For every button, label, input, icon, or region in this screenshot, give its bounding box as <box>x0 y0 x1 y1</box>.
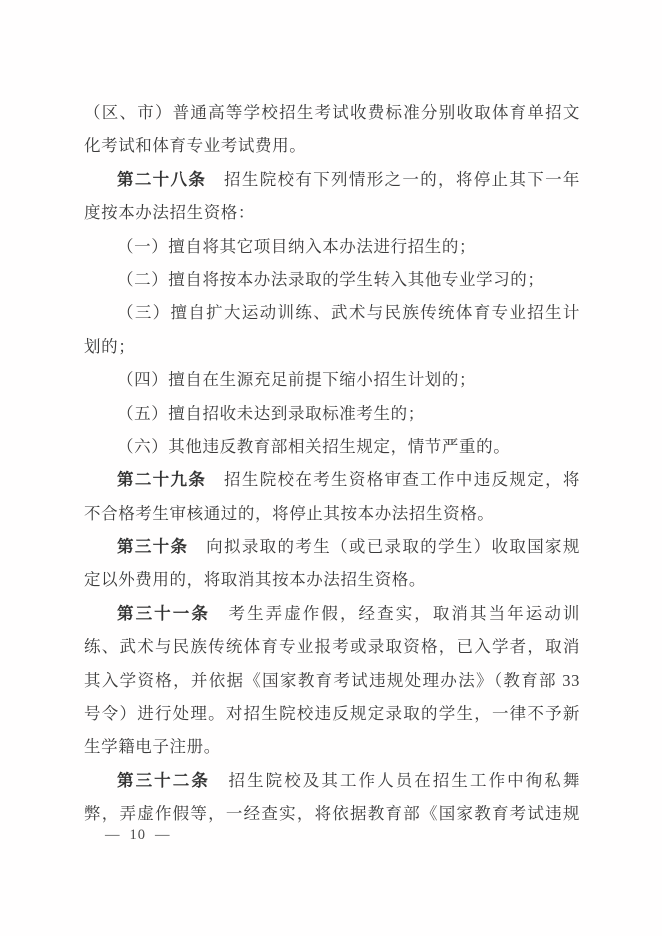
page-number-left-dash: — <box>105 827 121 843</box>
text-line: （区、市）普通高等学校招生考试收费标准分别收取体育单招文 <box>84 96 580 129</box>
line-text: 向拟录取的考生（或已录取的学生）收取国家规 <box>188 537 580 556</box>
article-term: 第三十二条 <box>117 771 210 790</box>
text-line: 练、武术与民族传统体育专业报考或录取资格，已入学者，取消 <box>84 630 580 663</box>
text-line: 第二十九条 招生院校在考生资格审查工作中违反规定，将 <box>84 463 580 496</box>
text-line: （二）擅自将按本办法录取的学生转入其他专业学习的； <box>84 263 580 296</box>
text-line: 第三十一条 考生弄虚作假，经查实，取消其当年运动训 <box>84 597 580 630</box>
text-line: （六）其他违反教育部相关招生规定，情节严重的。 <box>84 430 580 463</box>
line-text: 划的； <box>84 337 135 356</box>
text-line: 度按本办法招生资格： <box>84 196 580 229</box>
line-text: 度按本办法招生资格： <box>84 203 255 222</box>
line-text: 招生院校在考生资格审查工作中违反规定，将 <box>206 470 580 489</box>
line-text: 其入学资格，并依据《国家教育考试违规处理办法》（教育部 33 <box>84 671 580 690</box>
text-line: （一）擅自将其它项目纳入本办法进行招生的； <box>84 230 580 263</box>
line-text: 招生院校及其工作人员在招生工作中徇私舞 <box>210 771 580 790</box>
text-line: 第二十八条 招生院校有下列情形之一的，将停止其下一年 <box>84 163 580 196</box>
article-term: 第二十八条 <box>117 170 206 189</box>
text-line: （四）擅自在生源充足前提下缩小招生计划的； <box>84 363 580 396</box>
text-line: 第三十二条 招生院校及其工作人员在招生工作中徇私舞 <box>84 764 580 797</box>
line-text: 考生弄虚作假，经查实，取消其当年运动训 <box>210 604 580 623</box>
text-line: 化考试和体育专业考试费用。 <box>84 129 580 162</box>
line-text: （六）其他违反教育部相关招生规定，情节严重的。 <box>117 437 510 456</box>
line-text: （二）擅自将按本办法录取的学生转入其他专业学习的； <box>117 270 545 289</box>
article-term: 第三十一条 <box>117 604 210 623</box>
text-line: 生学籍电子注册。 <box>84 730 580 763</box>
text-line: 其入学资格，并依据《国家教育考试违规处理办法》（教育部 33 <box>84 664 580 697</box>
line-text: （区、市）普通高等学校招生考试收费标准分别收取体育单招文 <box>84 103 580 122</box>
page-number: —10— <box>105 825 171 845</box>
line-text: 化考试和体育专业考试费用。 <box>84 136 306 155</box>
document-text-block: （区、市）普通高等学校招生考试收费标准分别收取体育单招文 化考试和体育专业考试费… <box>84 96 580 831</box>
page-number-value: 10 <box>130 827 147 843</box>
document-page: （区、市）普通高等学校招生考试收费标准分别收取体育单招文 化考试和体育专业考试费… <box>0 0 662 936</box>
page-number-right-dash: — <box>155 827 171 843</box>
line-text: （四）擅自在生源充足前提下缩小招生计划的； <box>117 370 476 389</box>
line-text: 定以外费用的，将取消其按本办法招生资格。 <box>84 570 426 589</box>
text-line: （三）擅自扩大运动训练、武术与民族传统体育专业招生计 <box>84 296 580 329</box>
line-text: 不合格考生审核通过的，将停止其按本办法招生资格。 <box>84 504 494 523</box>
text-line: （五）擅自招收未达到录取标准考生的； <box>84 397 580 430</box>
article-term: 第三十条 <box>117 537 188 556</box>
line-text: 招生院校有下列情形之一的，将停止其下一年 <box>206 170 580 189</box>
article-term: 第二十九条 <box>117 470 206 489</box>
line-text: 练、武术与民族传统体育专业报考或录取资格，已入学者，取消 <box>84 637 580 656</box>
text-line: 划的； <box>84 330 580 363</box>
text-line: 号令）进行处理。对招生院校违反规定录取的学生，一律不予新 <box>84 697 580 730</box>
line-text: 生学籍电子注册。 <box>84 737 221 756</box>
line-text: （五）擅自招收未达到录取标准考生的； <box>117 404 425 423</box>
line-text: 号令）进行处理。对招生院校违反规定录取的学生，一律不予新 <box>84 704 580 723</box>
text-line: 定以外费用的，将取消其按本办法招生资格。 <box>84 563 580 596</box>
line-text: 弊，弄虚作假等，一经查实，将依据教育部《国家教育考试违规 <box>84 804 580 823</box>
text-line: 第三十条 向拟录取的考生（或已录取的学生）收取国家规 <box>84 530 580 563</box>
line-text: （三）擅自扩大运动训练、武术与民族传统体育专业招生计 <box>117 303 580 322</box>
text-line: 不合格考生审核通过的，将停止其按本办法招生资格。 <box>84 497 580 530</box>
line-text: （一）擅自将其它项目纳入本办法进行招生的； <box>117 237 476 256</box>
